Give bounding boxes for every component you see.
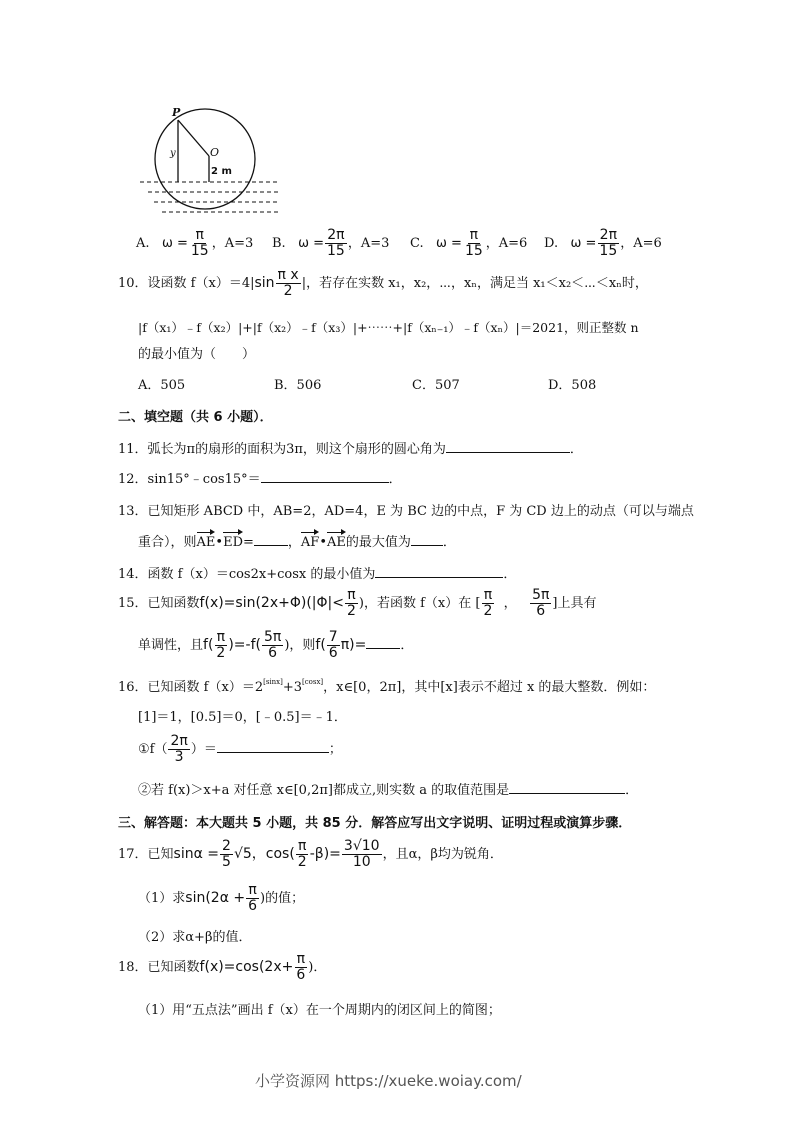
fraction: 5π6 <box>262 630 283 661</box>
question-16-line2: [1]＝1，[0.5]＝0，[﹣0.5]＝﹣1． <box>138 706 347 725</box>
question-17-part1: （1）求sin(2α +π6)的值； <box>138 883 304 914</box>
q9-option-a: A. ω =π15，A=3 <box>136 228 253 259</box>
q10-option-b: B．506 <box>274 374 321 393</box>
answer-blank[interactable] <box>446 440 570 453</box>
question-18-part1: （1）用“五点法”画出 f（x）在一个周期内的闭区间上的简图； <box>138 999 501 1018</box>
fraction: π x2 <box>276 268 301 299</box>
fraction: 5π6 <box>530 588 551 619</box>
question-10-line3: 的最小值为（ ） <box>138 343 255 362</box>
q10-option-d: D．508 <box>548 374 596 393</box>
fraction: 76 <box>327 630 340 661</box>
q10-option-a: A．505 <box>138 374 185 393</box>
fraction: 2π3 <box>168 734 189 765</box>
label-y: y <box>170 148 176 159</box>
q9-option-d: D. ω =2π15，A=6 <box>544 228 662 259</box>
fraction: π6 <box>246 883 259 914</box>
question-11: 11．弧长为π的扇形的面积为3π，则这个扇形的圆心角为． <box>118 438 583 457</box>
fraction: π2 <box>214 630 227 661</box>
fraction: π2 <box>296 839 309 870</box>
question-13-line1: 13．已知矩形 ABCD 中，AB=2，AD=4，E 为 BC 边的中点，F 为… <box>118 500 694 519</box>
q10-option-c: C．507 <box>412 374 460 393</box>
question-14: 14．函数 f（x）＝cos2x+cosx 的最小值为． <box>118 563 516 582</box>
answer-blank[interactable] <box>261 470 389 483</box>
fraction: π6 <box>294 952 307 983</box>
fraction: π2 <box>345 588 358 619</box>
question-18-line1: 18．已知函数f(x)=cos(2x+π6)． <box>118 952 326 983</box>
fraction: π15 <box>189 228 211 259</box>
label-p: P <box>172 106 180 119</box>
question-13-line2: 重合），则AE•ED=，AF•AE的最大值为． <box>138 531 456 550</box>
footer-watermark: 小学资源网 https://xueke.woiay.com/ <box>255 1070 522 1091</box>
question-10: 10．设函数 f（x）＝4|sinπ x2|，若存在实数 x₁，x₂，⋯，xₙ，… <box>118 268 648 299</box>
section-3-title: 三、解答题：本大题共 5 小题，共 85 分．解答应写出文字说明、证明过程或演算… <box>118 812 631 831</box>
question-16-part1: ①f（2π3）＝； <box>138 734 342 765</box>
question-12: 12．sin15°﹣cos15°＝． <box>118 468 402 487</box>
section-2-title: 二、填空题（共 6 小题）． <box>118 406 273 425</box>
question-17-line1: 17．已知sinα =25√5，cos(π2-β)=3√1010，且α，β均为锐… <box>118 839 503 870</box>
question-16-line1: 16．已知函数 f（x）＝2[sinx]+3[cosx]，x∈[0，2π]，其中… <box>118 676 655 695</box>
question-15-line1: 15．已知函数f(x)=sin(2x+Φ)(|Φ|<π2)，若函数 f（x）在 … <box>118 588 597 619</box>
fraction: π2 <box>481 588 494 619</box>
question-15-line2: 单调性，且f(π2)=-f(5π6)，则f(76π)=． <box>138 630 413 661</box>
question-10-line2: |f（x₁）﹣f（x₂）|+|f（x₂）﹣f（x₃）|+⋯⋯+|f（xₙ₋₁）﹣… <box>138 318 639 336</box>
q9-option-c: C. ω =π15，A=6 <box>410 228 527 259</box>
q9-options: A. ω =π15，A=3 B. ω =2π15，A=3 C. ω =π15，A… <box>136 228 696 268</box>
fraction: 2π15 <box>325 228 347 259</box>
answer-blank[interactable] <box>411 533 443 546</box>
answer-blank[interactable] <box>217 740 329 753</box>
label-o: O <box>210 146 219 159</box>
q9-option-b: B. ω =2π15，A=3 <box>272 228 389 259</box>
wheel-diagram-icon <box>140 104 280 219</box>
answer-blank[interactable] <box>366 636 400 649</box>
question-16-part2: ②若 f(x)＞x+a 对任意 x∈[0,2π]都成立,则实数 a 的取值范围是… <box>138 779 638 798</box>
answer-blank[interactable] <box>254 533 288 546</box>
fraction: 25 <box>220 839 233 870</box>
answer-blank[interactable] <box>375 565 503 578</box>
fraction: 3√1010 <box>342 839 382 870</box>
answer-blank[interactable] <box>509 781 625 794</box>
label-2m: 2 m <box>211 166 232 177</box>
wheel-figure: P O y 2 m <box>140 104 280 224</box>
fraction: 2π15 <box>597 228 619 259</box>
fraction: π15 <box>463 228 485 259</box>
question-17-part2: （2）求α+β的值． <box>138 926 251 945</box>
